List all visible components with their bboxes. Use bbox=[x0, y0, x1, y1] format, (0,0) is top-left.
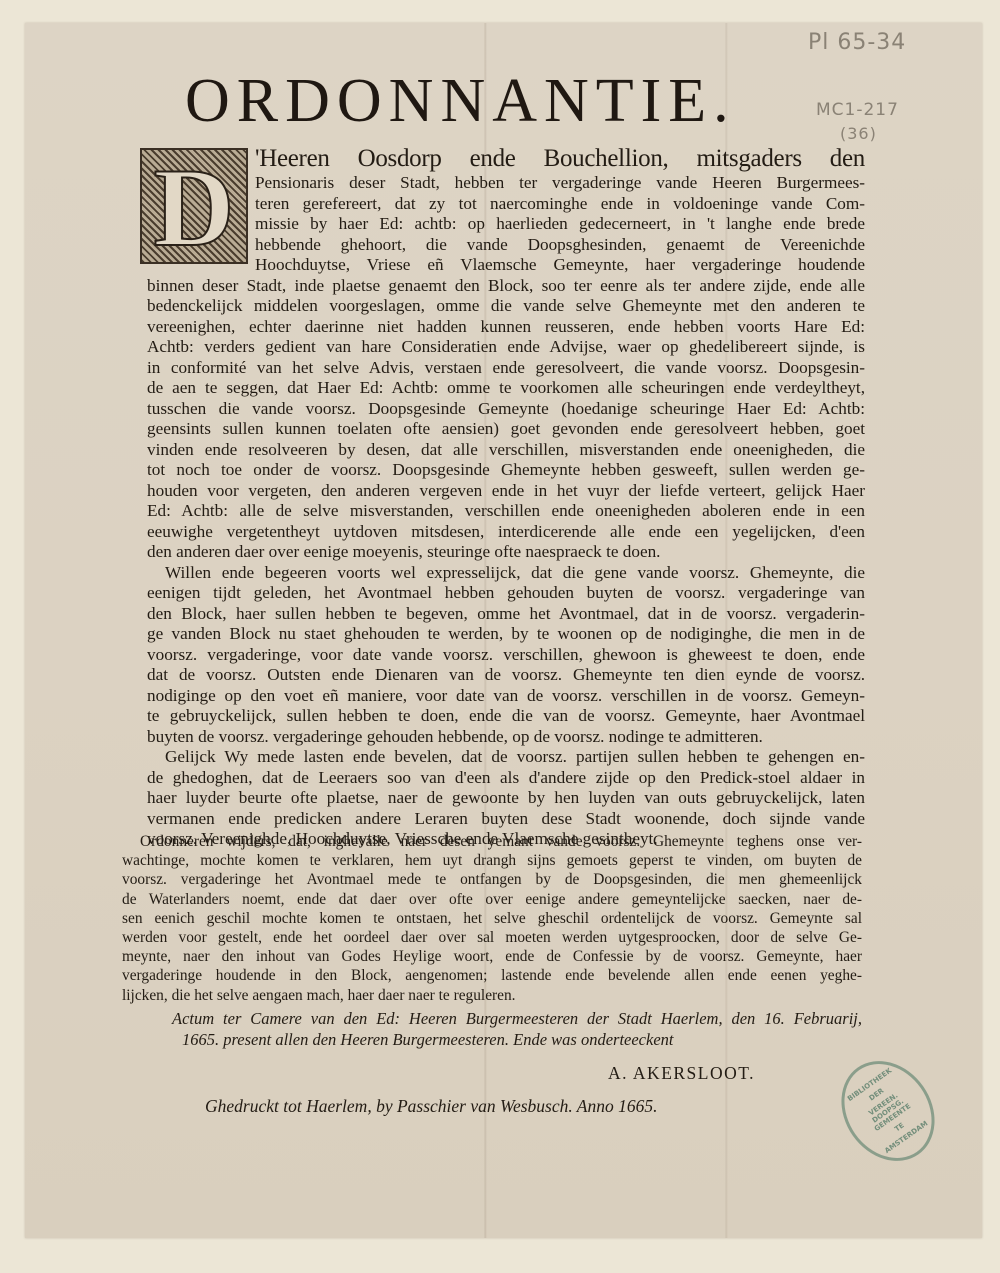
text-line: de Waterlanders noemt, ende dat daer ove… bbox=[122, 890, 862, 909]
text-line: missie by haer Ed: achtb: op haerlieden … bbox=[255, 214, 865, 235]
text-line: te gebruyckelijck, sullen hebben te doen… bbox=[147, 706, 865, 727]
ordinance-body: 'Heeren Oosdorp ende Bouchellion, mitsga… bbox=[147, 145, 865, 850]
text-line: 1665. present allen den Heeren Burgermee… bbox=[172, 1029, 862, 1050]
catalog-number-annotation: (36) bbox=[840, 124, 877, 143]
text-line: lijcken, die het selve aengaen mach, hae… bbox=[122, 986, 862, 1005]
paragraph-4: Ordonneren wijders, dat, inghevalle naer… bbox=[122, 832, 862, 1005]
page-title: ORDONNANTIE. bbox=[185, 70, 736, 132]
text-line: vermanen ende predicken andere Leraren b… bbox=[147, 809, 865, 830]
printer-imprint: Ghedruckt tot Haerlem, by Passchier van … bbox=[205, 1096, 658, 1117]
text-line: nodiginge op den voet eñ maniere, voor d… bbox=[147, 686, 865, 707]
text-line: binnen deser Stadt, inde plaetse genaemt… bbox=[147, 276, 865, 297]
text-line: Pensionaris deser Stadt, hebben ter verg… bbox=[255, 173, 865, 194]
text-line: den Block, haer sullen hebben te begeven… bbox=[147, 604, 865, 625]
text-line: houden voor vergeten, den anderen vergev… bbox=[147, 481, 865, 502]
text-line: eeuwighe vergetentheyt uytdoven mitsdese… bbox=[147, 522, 865, 543]
opening-indented-block: Pensionaris deser Stadt, hebben ter verg… bbox=[147, 173, 865, 276]
text-line: werden voor gestelt, ende het oordeel da… bbox=[122, 928, 862, 947]
paragraph-1: binnen deser Stadt, inde plaetse genaemt… bbox=[147, 276, 865, 563]
text-line: de aen te seggen, dat Haer Ed: Achtb: om… bbox=[147, 378, 865, 399]
text-line: hebbende ghehoort, die vande Doopsghesin… bbox=[255, 235, 865, 256]
text-line: de ghedoghen, dat de Leeraers soo van d'… bbox=[147, 768, 865, 789]
text-line: ge vanden Block nu staet ghehouden te we… bbox=[147, 624, 865, 645]
text-line: Hoochduytse, Vriese eñ Vlaemsche Gemeynt… bbox=[255, 255, 865, 276]
text-line: vinden ende resolveeren by desen, dat al… bbox=[147, 440, 865, 461]
text-line: meynte, naer den inhout van Godes Heylig… bbox=[122, 947, 862, 966]
text-line: Gelijck Wy mede lasten ende bevelen, dat… bbox=[147, 747, 865, 768]
opening-line: 'Heeren Oosdorp ende Bouchellion, mitsga… bbox=[147, 145, 865, 173]
text-line: dat de voorsz. Outsten ende Dienaren van… bbox=[147, 665, 865, 686]
text-line: buyten de voorsz. vergaderinge gehouden … bbox=[147, 727, 865, 748]
text-line: Actum ter Camere van den Ed: Heeren Burg… bbox=[172, 1008, 862, 1029]
text-line: eenigen tijdt geleden, het Avontmael heb… bbox=[147, 583, 865, 604]
signature: A. AKERSLOOT. bbox=[608, 1063, 755, 1084]
text-line: tusschen die vande voorsz. Doopsgesinde … bbox=[147, 399, 865, 420]
text-line: den anderen daer over eenige moeyenis, s… bbox=[147, 542, 865, 563]
text-line: Achtb: verders gedient van hare Consider… bbox=[147, 337, 865, 358]
text-line: Ordonneren wijders, dat, inghevalle naer… bbox=[122, 832, 862, 851]
text-line: vergaderinge houdende in den Block, aeng… bbox=[122, 966, 862, 985]
text-line: in conformité van het selve Advis, verst… bbox=[147, 358, 865, 379]
catalog-annotation: MC1-217 bbox=[816, 100, 899, 120]
text-line: bedenckelijck middelen voorgeslagen, omm… bbox=[147, 296, 865, 317]
text-line: geensints sullen kunnen toelaten ofte ae… bbox=[147, 419, 865, 440]
text-line: Ed: Achtb: alle de selve misverstanden, … bbox=[147, 501, 865, 522]
paragraph-2: Willen ende begeeren voorts wel expresse… bbox=[147, 563, 865, 748]
text-line: teren gerefereert, dat zy tot naercoming… bbox=[255, 194, 865, 215]
text-line: voorsz. vergaderinge, voor date vande vo… bbox=[147, 645, 865, 666]
text-line: voorsz. vergaderinge het Avontmael mede … bbox=[122, 870, 862, 889]
text-line: haer luyder beurte ofte plaetse, naer de… bbox=[147, 788, 865, 809]
text-line: vereenighen, echter daerinne niet hadden… bbox=[147, 317, 865, 338]
text-line: wachtinge, mochte komen te verklaren, he… bbox=[122, 851, 862, 870]
dated-clause: Actum ter Camere van den Ed: Heeren Burg… bbox=[172, 1008, 862, 1050]
shelfmark-annotation: Pl 65-34 bbox=[808, 30, 906, 55]
text-line: Willen ende begeeren voorts wel expresse… bbox=[147, 563, 865, 584]
text-line: sen eenich geschil mochte komen te ontst… bbox=[122, 909, 862, 928]
text-line: tot noch toe onder de voorsz. Doopsgesin… bbox=[147, 460, 865, 481]
